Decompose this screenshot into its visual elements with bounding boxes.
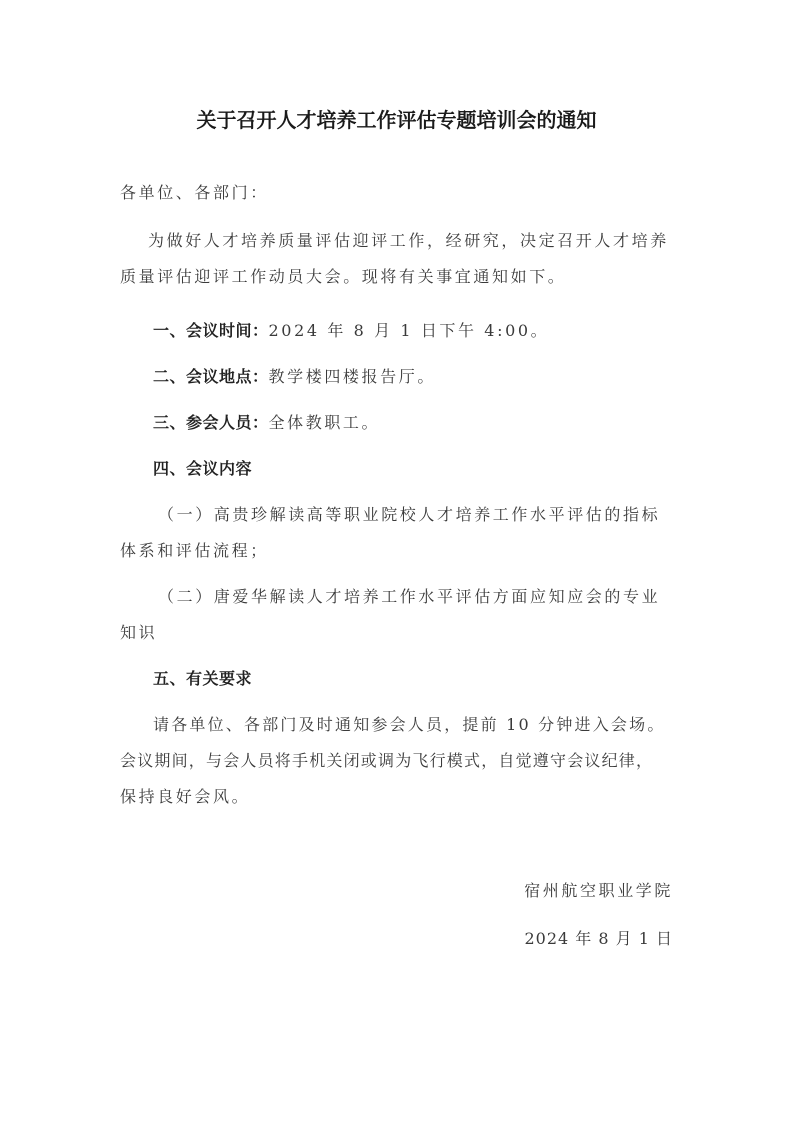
requirements-line-2: 会议期间，与会人员将手机关闭或调为飞行模式，自觉遵守会议纪律，: [120, 748, 653, 771]
requirements-line-3: 保持良好会风。: [120, 784, 250, 807]
signature-organization: 宿州航空职业学院: [524, 878, 673, 901]
content-item-1-line-2: 体系和评估流程；: [120, 538, 269, 561]
item-meeting-time: 一、会议时间：2024 年 8 月 1 日下午 4:00。: [153, 318, 549, 341]
intro-line-1: 为做好人才培养质量评估迎评工作，经研究，决定召开人才培养: [148, 228, 669, 251]
item-label: 一、会议时间：: [153, 321, 269, 340]
content-item-2-line-2: 知识: [120, 620, 157, 643]
intro-line-2: 质量评估迎评工作动员大会。现将有关事宜通知如下。: [120, 264, 566, 287]
item-attendees: 三、参会人员：全体教职工。: [153, 410, 380, 433]
requirements-heading: 五、有关要求: [153, 666, 252, 689]
item-value: 教学楼四楼报告厅。: [269, 367, 436, 386]
item-label: 二、会议地点：: [153, 367, 269, 386]
signature-date: 2024 年 8 月 1 日: [524, 926, 673, 949]
content-item-1-line-1: （一）高贵珍解读高等职业院校人才培养工作水平评估的指标: [158, 502, 660, 525]
salutation: 各单位、各部门：: [120, 180, 269, 203]
item-meeting-content: 四、会议内容: [153, 456, 252, 479]
item-label: 四、会议内容: [153, 459, 252, 478]
item-value: 2024 年 8 月 1 日下午 4:00。: [269, 321, 550, 340]
item-label: 三、参会人员：: [153, 413, 269, 432]
requirements-line-1: 请各单位、各部门及时通知参会人员，提前 10 分钟进入会场。: [153, 712, 666, 735]
content-item-2-line-1: （二）唐爱华解读人才培养工作水平评估方面应知应会的专业: [158, 584, 660, 607]
item-value: 全体教职工。: [269, 413, 381, 432]
item-meeting-location: 二、会议地点：教学楼四楼报告厅。: [153, 364, 436, 387]
document-title: 关于召开人才培养工作评估专题培训会的通知: [0, 104, 793, 133]
